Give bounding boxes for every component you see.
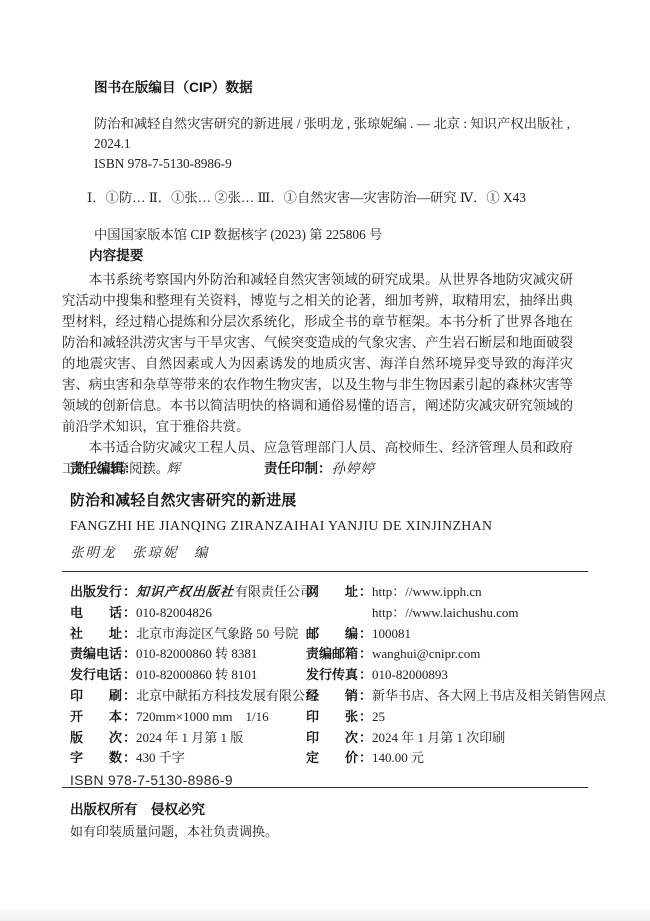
publisher-suffix: 有限责任公司 bbox=[235, 584, 313, 599]
cip-isbn-line: ISBN 978-7-5130-8986-9 bbox=[94, 154, 572, 174]
colophon-row-address: 社 址：北京市海淀区气象路 50 号院 bbox=[70, 624, 306, 645]
colophon-row-editor-phone: 责编电话：010-82000860 转 8381 bbox=[70, 644, 306, 665]
colophon-row-printer: 印 刷：北京中献拓方科技发展有限公司 bbox=[70, 686, 306, 707]
print-quality-notice: 如有印装质量问题，本社负责调换。 bbox=[70, 821, 278, 840]
staff-credits-line: 责任编辑：王 辉责任印制：孙婷婷 bbox=[70, 457, 375, 477]
isbn-line: ISBN 978-7-5130-8986-9 bbox=[70, 769, 606, 792]
copyright-notice: 出版权所有 侵权必究 bbox=[70, 798, 205, 818]
colophon-row-edition: 版 次：2024 年 1 月第 1 版 bbox=[70, 728, 306, 749]
cip-section: 图书在版编目（CIP）数据 防治和减轻自然灾害研究的新进展 / 张明龙 , 张琼… bbox=[94, 78, 572, 245]
book-title-pinyin: FANGZHI HE JIANQING ZIRANZAIHAI YANJIU D… bbox=[70, 518, 492, 534]
colophon-row-website: 网 址：http：//www.ipph.cn bbox=[306, 582, 606, 603]
responsible-editor-name: 王 辉 bbox=[138, 461, 182, 476]
responsible-printer-label: 责任印制： bbox=[264, 461, 332, 476]
cip-heading: 图书在版编目（CIP）数据 bbox=[94, 78, 572, 98]
responsible-editor-label: 责任编辑： bbox=[70, 461, 138, 476]
colophon-row-publisher: 出版发行：知识产权出版社有限责任公司 bbox=[70, 582, 306, 603]
divider-top bbox=[62, 571, 588, 572]
responsible-editor: 责任编辑：王 辉 bbox=[70, 461, 181, 476]
responsible-printer-name: 孙婷婷 bbox=[332, 461, 376, 476]
colophon-row-editor-email: 责编邮箱：wanghui@cnipr.com bbox=[306, 644, 606, 665]
editor-email: wanghui@cnipr.com bbox=[372, 646, 480, 661]
cip-entry-line: 防治和减轻自然灾害研究的新进展 / 张明龙 , 张琼妮编 . — 北京 : 知识… bbox=[94, 114, 572, 154]
colophon-row-impression: 印 次：2024 年 1 月第 1 次印刷 bbox=[306, 728, 606, 749]
colophon-row-retail: 经 销：新华书店、各大网上书店及相关销售网点 bbox=[306, 686, 606, 707]
colophon-row-distribution-fax: 发行传真：010-82000893 bbox=[306, 665, 606, 686]
book-authors: 张明龙 张琼妮 编 bbox=[70, 541, 492, 561]
abstract-section: 内容提要 本书系统考察国内外防治和减轻自然灾害领域的研究成果。从世界各地防灾减灾… bbox=[62, 245, 573, 479]
colophon-row-format: 开 本：720mm×1000 mm 1/16 bbox=[70, 707, 306, 728]
abstract-paragraph-1: 本书系统考察国内外防治和减轻自然灾害领域的研究成果。从世界各地防灾减灾研究活动中… bbox=[62, 269, 573, 437]
divider-bottom bbox=[62, 787, 588, 788]
abstract-heading: 内容提要 bbox=[89, 245, 573, 266]
website-url: http：//www.ipph.cn bbox=[372, 584, 482, 599]
colophon-row-wordcount: 字 数：430 千字 bbox=[70, 748, 306, 769]
colophon-row-price: 定 价：140.00 元 bbox=[306, 748, 606, 769]
colophon-row-postcode: 邮 编：100081 bbox=[306, 624, 606, 645]
cip-record-number-line: 中国国家版本馆 CIP 数据核字 (2023) 第 225806 号 bbox=[94, 225, 572, 245]
colophon-row-phone: 电 话：010-82004826 bbox=[70, 603, 306, 624]
book-title-cn: 防治和减轻自然灾害研究的新进展 bbox=[70, 489, 492, 510]
website-url-2: http：//www.laichushu.com bbox=[372, 605, 518, 620]
book-copyright-page: 图书在版编目（CIP）数据 防治和减轻自然灾害研究的新进展 / 张明龙 , 张琼… bbox=[0, 0, 650, 921]
title-block: 防治和减轻自然灾害研究的新进展 FANGZHI HE JIANQING ZIRA… bbox=[70, 489, 492, 561]
colophon-table: 出版发行：知识产权出版社有限责任公司 网 址：http：//www.ipph.c… bbox=[70, 582, 602, 792]
colophon-row-website-2: ：http：//www.laichushu.com bbox=[306, 603, 606, 624]
publisher-logo-text: 知识产权出版社 bbox=[135, 582, 234, 603]
cip-classification-line: Ⅰ．①防… Ⅱ．①张… ②张… Ⅲ．①自然灾害—灾害防治—研究 Ⅳ．① X43 bbox=[87, 188, 572, 208]
colophon-row-sheets: 印 张：25 bbox=[306, 707, 606, 728]
colophon-row-distribution-phone: 发行电话：010-82000860 转 8101 bbox=[70, 665, 306, 686]
responsible-printer: 责任印制：孙婷婷 bbox=[264, 461, 375, 476]
